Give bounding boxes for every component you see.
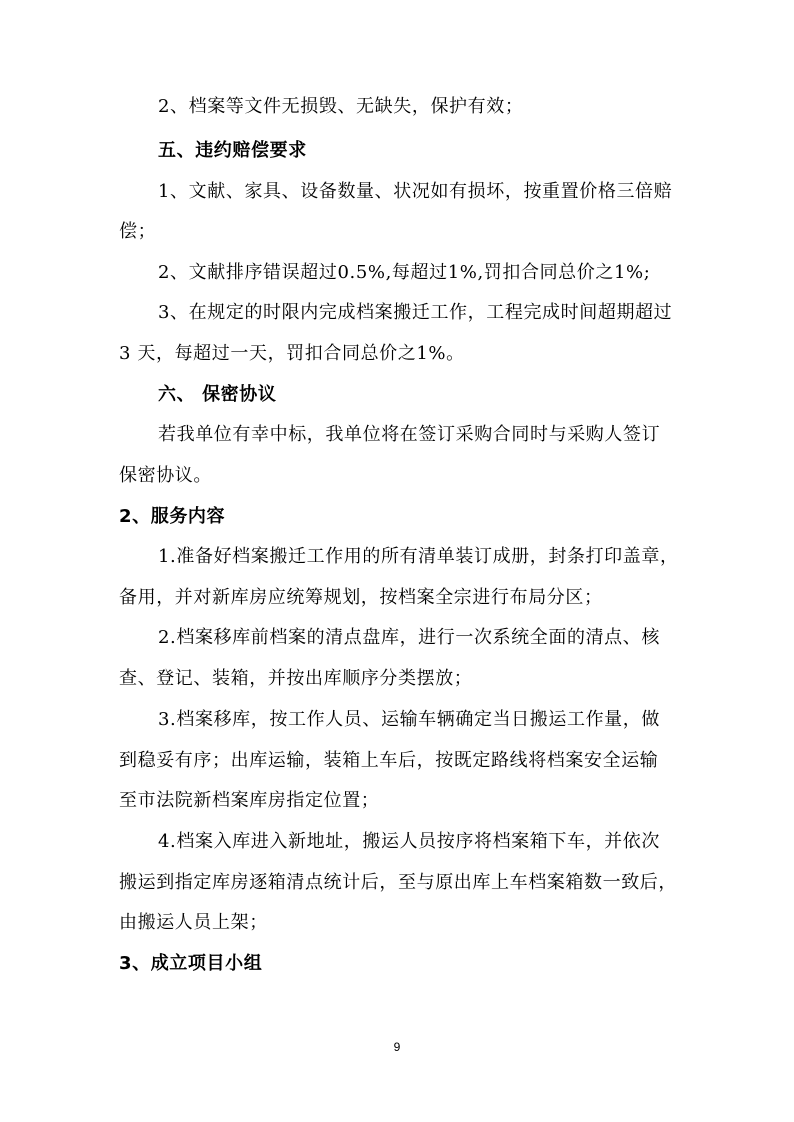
service-item-2-cont: 查、登记、装箱，并按出库顺序分类摆放； [119,668,472,690]
service-item-1: 1.准备好档案搬迁工作用的所有清单装订成册，封条打印盖章， [158,546,679,568]
section-heading-project-team: 3、成立项目小组 [119,953,262,975]
compensation-item-1: 1、文献、家具、设备数量、状况如有损坏，按重置价格三倍赔 [158,181,672,203]
document-page: 2、档案等文件无损毁、无缺失，保护有效； 五、违约赔偿要求 1、文献、家具、设备… [0,0,794,1122]
service-item-3-cont-2: 至市法院新档案库房指定位置； [119,790,379,812]
confidentiality-paragraph: 若我单位有幸中标，我单位将在签订采购合同时与采购人签订 [158,424,660,446]
confidentiality-paragraph-cont: 保密协议。 [119,465,212,487]
compensation-item-3-cont: 3 天，每超过一天，罚扣合同总价之1%。 [119,343,465,365]
compensation-item-3: 3、在规定的时限内完成档案搬迁工作，工程完成时间超期超过 [158,302,672,324]
section-heading-service-content: 2、服务内容 [119,506,225,528]
service-item-1-cont: 备用，并对新库房应统筹规划，按档案全宗进行布局分区； [119,587,603,609]
compensation-item-1-cont: 偿； [119,221,156,243]
service-item-4-cont-2: 由搬运人员上架； [119,912,268,934]
service-item-3: 3.档案移库，按工作人员、运输车辆确定当日搬运工作量，做 [158,709,660,731]
service-item-3-cont-1: 到稳妥有序；出库运输，装箱上车后，按既定路线将档案安全运输 [119,750,658,772]
section-heading-confidentiality: 六、 保密协议 [158,384,276,406]
service-item-2: 2.档案移库前档案的清点盘库，进行一次系统全面的清点、核 [158,627,660,649]
section-heading-breach-compensation: 五、违约赔偿要求 [158,140,307,162]
service-item-4-cont-1: 搬运到指定库房逐箱清点统计后，至与原出库上车档案箱数一致后， [119,872,677,894]
service-item-4: 4.档案入库进入新地址，搬运人员按序将档案箱下车，并依次 [158,831,660,853]
compensation-item-2: 2、文献排序错误超过0.5%,每超过1%,罚扣合同总价之1%; [158,262,650,284]
page-number: 9 [0,1040,794,1054]
protection-item-2: 2、档案等文件无损毁、无缺失，保护有效； [158,96,523,118]
